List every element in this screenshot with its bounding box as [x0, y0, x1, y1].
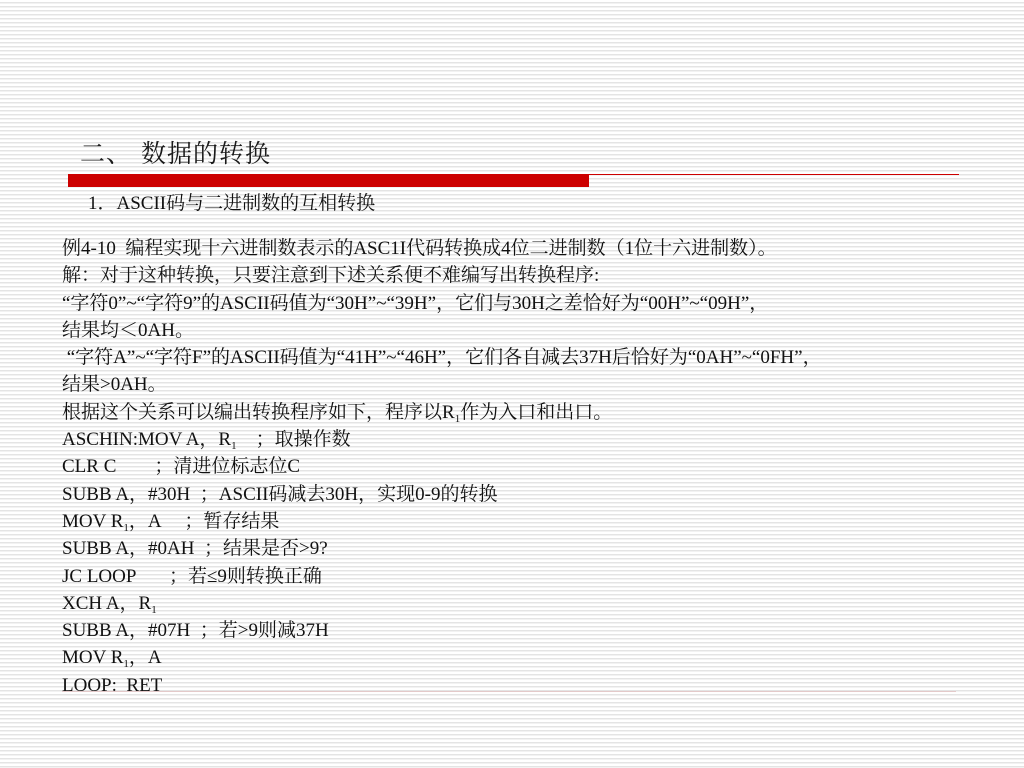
section-subheading: 1．ASCII码与二进制数的互相转换	[88, 188, 375, 215]
letter-result-note: 结果>0AH。	[62, 371, 1012, 398]
code-line-ret: LOOP: RET	[62, 672, 1012, 699]
letter-range-note: “字符A”~“字符F”的ASCII码值为“41H”~“46H”，它们各自减去37…	[62, 344, 1012, 371]
code-line-aschin: ASCHIN:MOV A，R1 ；取操作数	[62, 426, 1012, 453]
code-line-clr: CLR C ；清进位标志位C	[62, 453, 1012, 480]
digit-range-note: “字符0”~“字符9”的ASCII码值为“30H”~“39H”，它们与30H之差…	[62, 290, 1012, 317]
code-line-subb-0ah: SUBB A，#0AH ；结果是否>9?	[62, 535, 1012, 562]
solution-intro: 解：对于这种转换，只要注意到下述关系便不难编写出转换程序:	[62, 262, 1012, 289]
code-line-subb-07h: SUBB A，#07H ；若>9则减37H	[62, 617, 1012, 644]
code-line-mov-r1-a: MOV R1，A ；暂存结果	[62, 508, 1012, 535]
code-line-jc: JC LOOP ；若≤9则转换正确	[62, 563, 1012, 590]
program-intro: 根据这个关系可以编出转换程序如下，程序以R1作为入口和出口。	[62, 399, 1012, 426]
digit-result-note: 结果均＜0AH。	[62, 317, 1012, 344]
title-accent-bar	[68, 174, 589, 187]
title-accent-rule	[589, 174, 959, 175]
slide-title: 二、 数据的转换	[80, 134, 271, 170]
code-line-xch: XCH A，R1	[62, 590, 1012, 617]
example-statement: 例4-10 编程实现十六进制数表示的ASC1I代码转换成4位二进制数（1位十六进…	[62, 235, 1012, 262]
footer-rule	[62, 691, 956, 692]
code-line-subb-30h: SUBB A，#30H ；ASCII码减去30H，实现0-9的转换	[62, 481, 1012, 508]
slide-body: 例4-10 编程实现十六进制数表示的ASC1I代码转换成4位二进制数（1位十六进…	[62, 235, 1012, 699]
code-line-mov-r1-a-2: MOV R1，A	[62, 644, 1012, 671]
